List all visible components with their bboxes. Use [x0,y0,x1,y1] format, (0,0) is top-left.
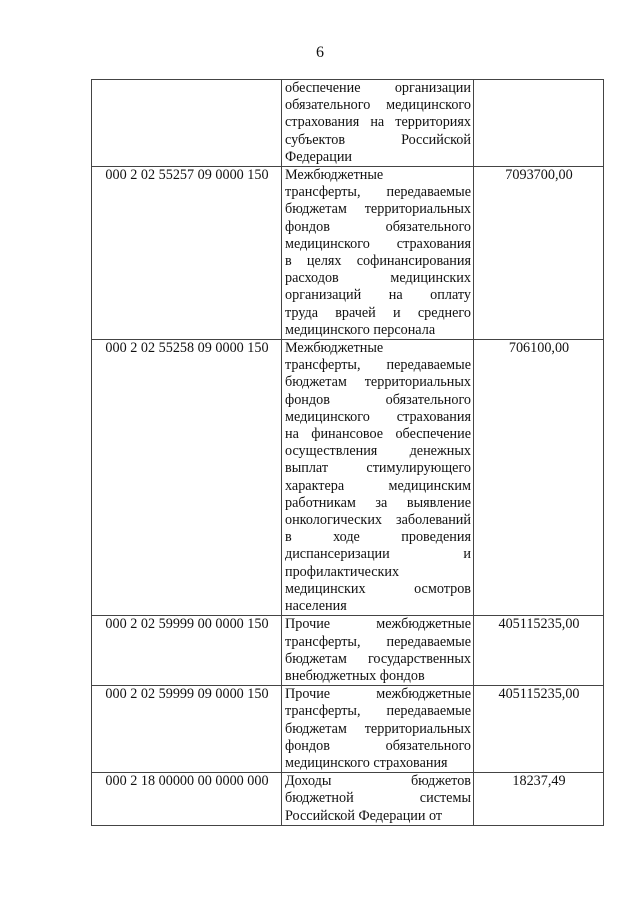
description-line: труда врачей и среднего [285,305,471,322]
description-line: обеспечение организации [285,80,471,97]
amount-cell: 7093700,00 [474,167,604,340]
description-line: фондов обязательного [285,392,471,409]
table-row: обеспечение организацииобязательного мед… [92,80,604,167]
description-cell: обеспечение организацииобязательного мед… [282,80,474,167]
description-line: на финансовое обеспечение [285,426,471,443]
page-number: 6 [0,44,640,62]
description-line: страхования на территориях [285,114,471,131]
description-line: бюджетам территориальных [285,374,471,391]
description-line: субъектов Российской [285,132,471,149]
description-line: выплат стимулирующего [285,460,471,477]
description-line: трансферты, передаваемые [285,184,471,201]
description-line: Доходы бюджетов [285,773,471,790]
amount-cell: 18237,49 [474,773,604,826]
description-line: бюджетам территориальных [285,721,471,738]
description-cell: Межбюджетныетрансферты, передаваемыебюдж… [282,167,474,340]
amount-cell [474,80,604,167]
description-line: характера медицинским [285,478,471,495]
description-line: трансферты, передаваемые [285,357,471,374]
amount-cell: 405115235,00 [474,686,604,773]
description-line: в ходе проведения [285,529,471,546]
description-line: бюджетам территориальных [285,201,471,218]
amount-cell: 706100,00 [474,340,604,616]
description-line: обязательного медицинского [285,97,471,114]
table-row: 000 2 02 59999 09 0000 150Прочие межбюдж… [92,686,604,773]
description-line: медицинского страхования [285,409,471,426]
description-line: медицинского страхования [285,755,471,772]
description-line: осуществления денежных [285,443,471,460]
description-line: Прочие межбюджетные [285,616,471,633]
description-line: трансферты, передаваемые [285,634,471,651]
table-row: 000 2 18 00000 00 0000 000Доходы бюджето… [92,773,604,826]
budget-code-cell [92,80,282,167]
description-line: трансферты, передаваемые [285,703,471,720]
description-cell: Прочие межбюджетныетрансферты, передавае… [282,686,474,773]
revenue-table: обеспечение организацииобязательного мед… [91,79,604,826]
budget-code-cell: 000 2 02 55257 09 0000 150 [92,167,282,340]
description-line: в целях софинансирования [285,253,471,270]
description-cell: Межбюджетныетрансферты, передаваемыебюдж… [282,340,474,616]
description-line: медицинских осмотров [285,581,471,598]
description-line: фондов обязательного [285,219,471,236]
description-line: фондов обязательного [285,738,471,755]
table-row: 000 2 02 59999 00 0000 150Прочие межбюдж… [92,616,604,686]
description-line: медицинского страхования [285,236,471,253]
table-row: 000 2 02 55258 09 0000 150Межбюджетныетр… [92,340,604,616]
description-cell: Прочие межбюджетныетрансферты, передавае… [282,616,474,686]
description-line: профилактических [285,564,471,581]
budget-code-cell: 000 2 02 55258 09 0000 150 [92,340,282,616]
description-line: Межбюджетные [285,167,471,184]
description-line: Федерации [285,149,471,166]
budget-code-cell: 000 2 18 00000 00 0000 000 [92,773,282,826]
description-line: расходов медицинских [285,270,471,287]
description-cell: Доходы бюджетовбюджетной системыРоссийск… [282,773,474,826]
description-line: бюджетной системы [285,790,471,807]
description-line: бюджетам государственных [285,651,471,668]
budget-code-cell: 000 2 02 59999 09 0000 150 [92,686,282,773]
description-line: Прочие межбюджетные [285,686,471,703]
description-line: организаций на оплату [285,287,471,304]
description-line: Российской Федерации от [285,808,471,825]
amount-cell: 405115235,00 [474,616,604,686]
description-line: медицинского персонала [285,322,471,339]
description-line: Межбюджетные [285,340,471,357]
description-line: работникам за выявление [285,495,471,512]
table-row: 000 2 02 55257 09 0000 150Межбюджетныетр… [92,167,604,340]
description-line: населения [285,598,471,615]
description-line: диспансеризации и [285,546,471,563]
description-line: онкологических заболеваний [285,512,471,529]
description-line: внебюджетных фондов [285,668,471,685]
budget-code-cell: 000 2 02 59999 00 0000 150 [92,616,282,686]
